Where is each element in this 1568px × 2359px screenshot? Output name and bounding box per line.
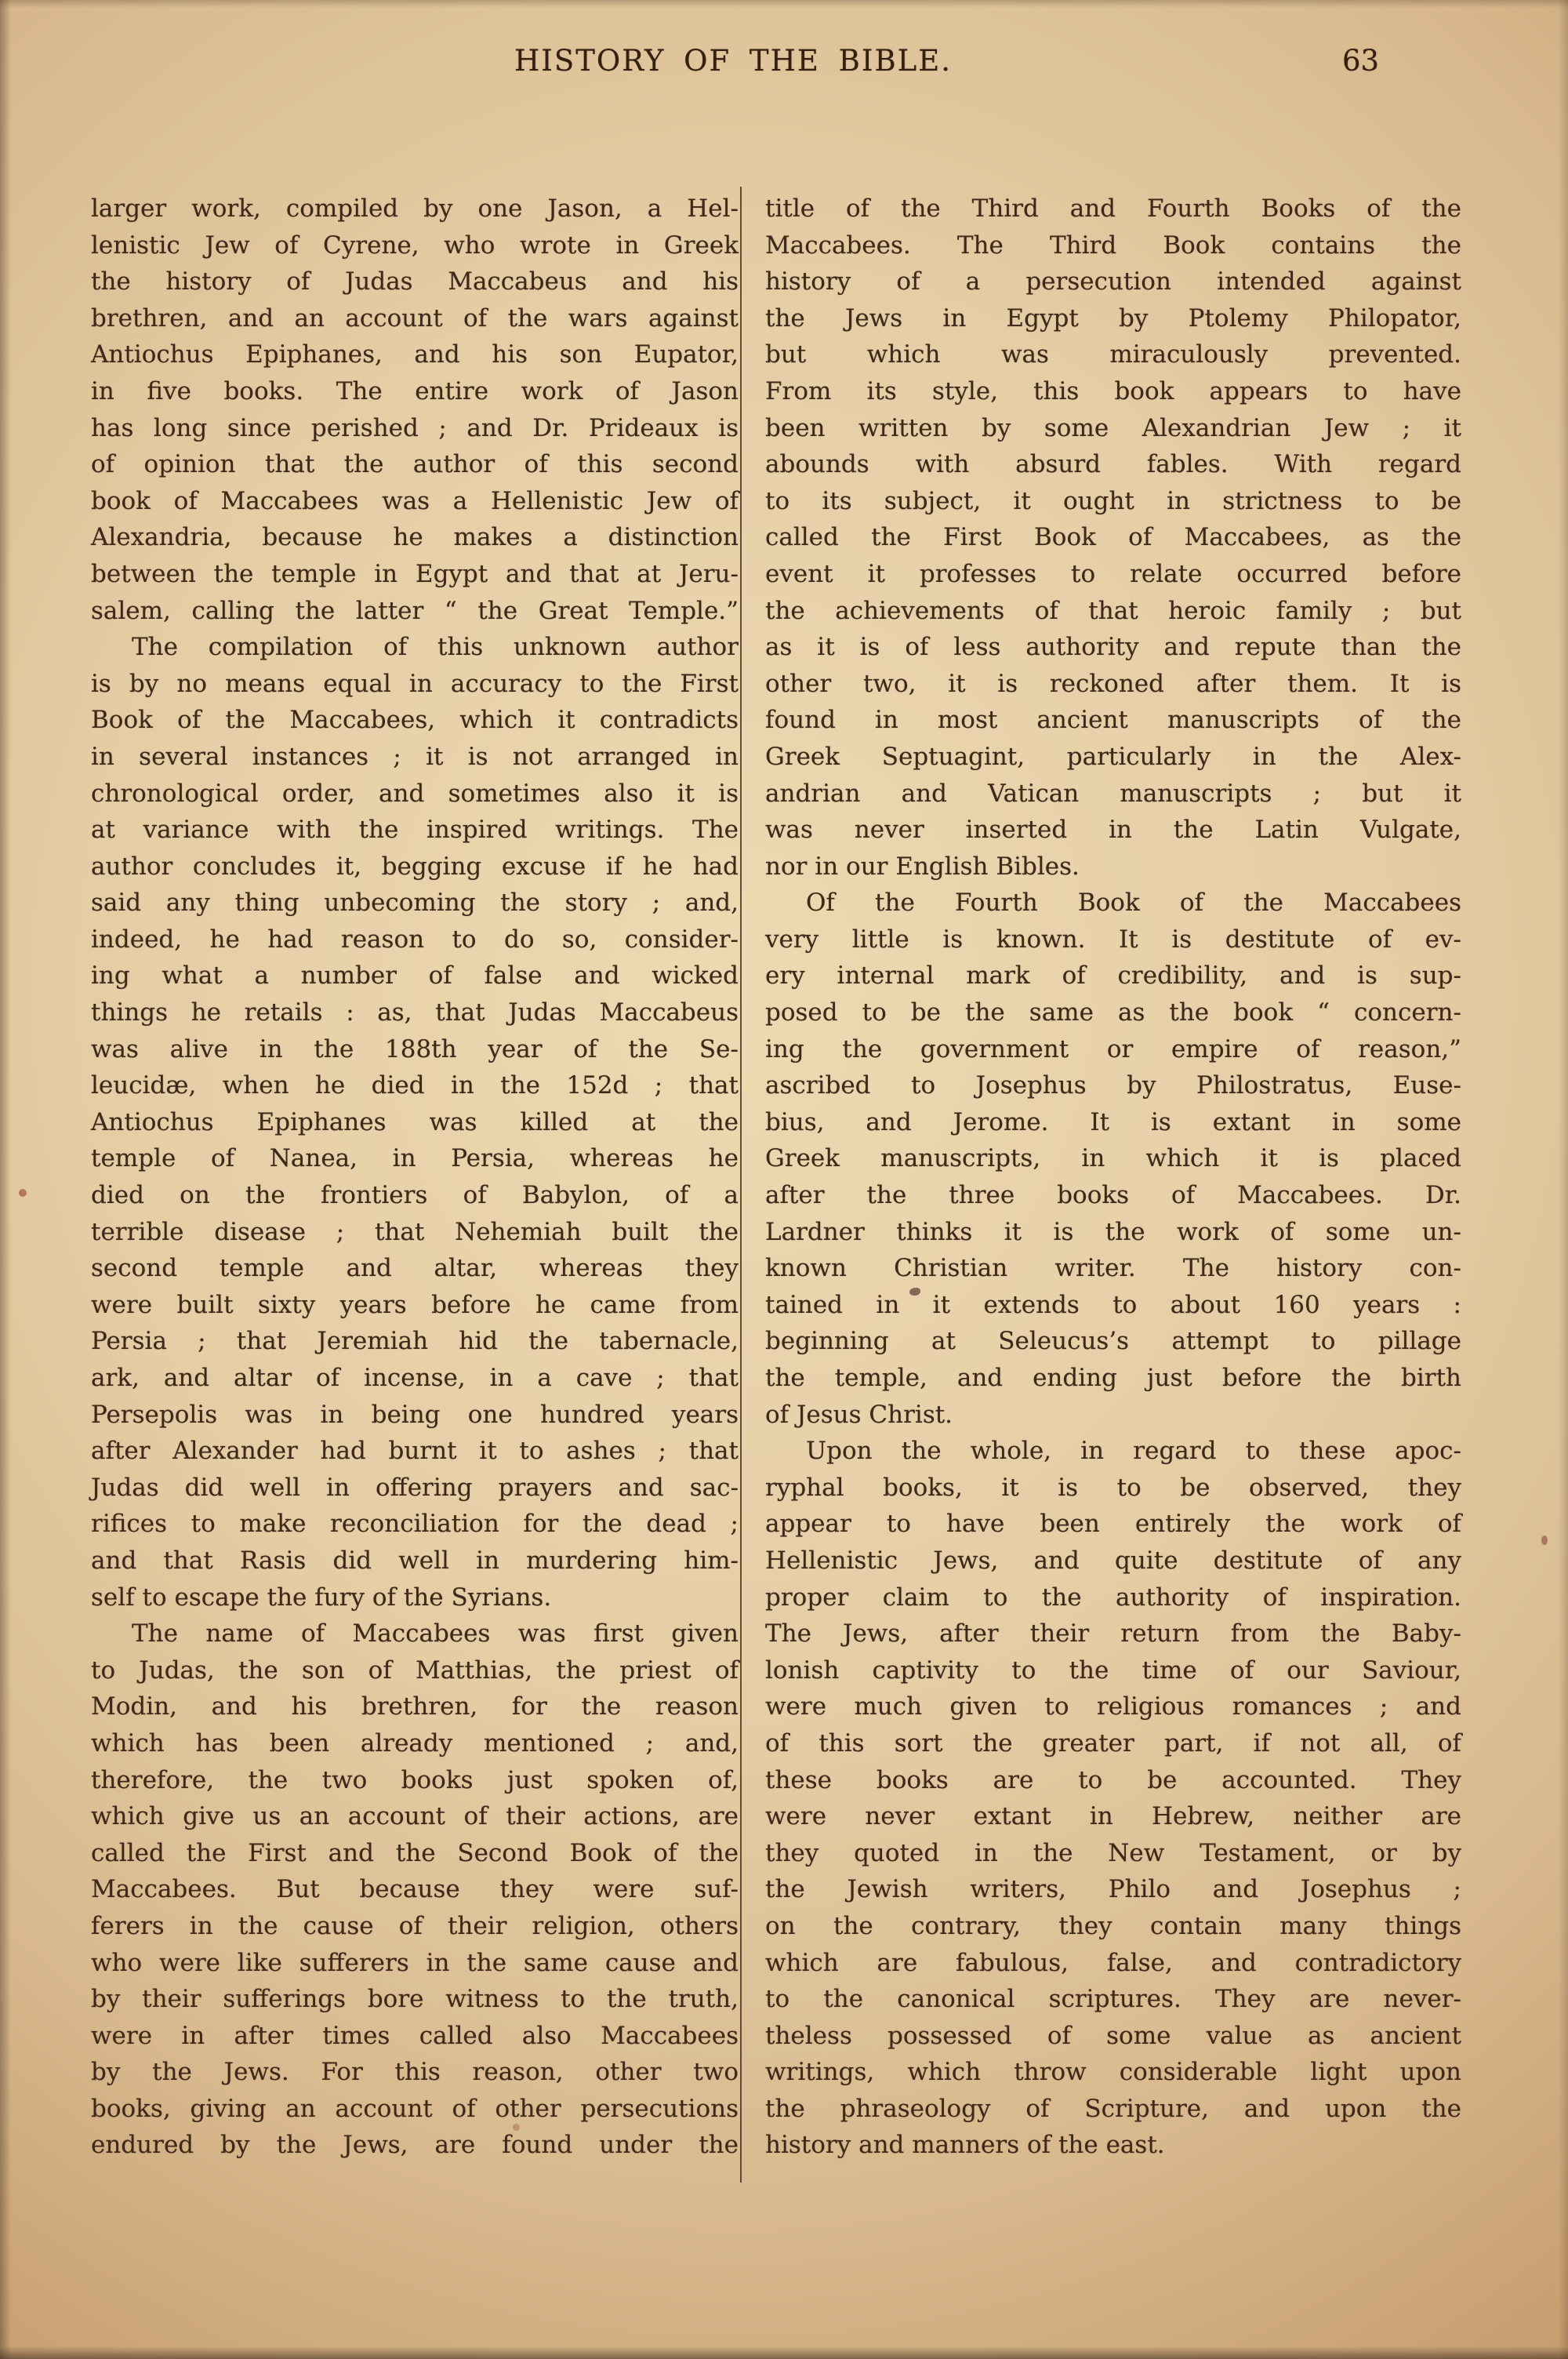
text-line: Antiochus Epiphanes was killed at the <box>91 1104 739 1141</box>
text-line: ark, and altar of incense, in a cave ; t… <box>91 1360 739 1397</box>
stain <box>1541 1536 1548 1545</box>
text-line: the Jews in Egypt by Ptolemy Philopator, <box>765 300 1461 337</box>
text-line: Maccabees. But because they were suf- <box>91 1871 739 1908</box>
column-divider <box>740 187 742 2183</box>
text-line: book of Maccabees was a Hellenistic Jew … <box>91 483 739 520</box>
text-line: the temple, and ending just before the b… <box>765 1360 1461 1397</box>
text-line: of this sort the greater part, if not al… <box>765 1725 1461 1762</box>
text-line: and that Rasis did well in murdering him… <box>91 1543 739 1579</box>
text-line: larger work, compiled by one Jason, a He… <box>91 191 739 227</box>
text-line: who were like sufferers in the same caus… <box>91 1945 739 1982</box>
text-line: salem, calling the latter “ the Great Te… <box>91 593 739 630</box>
text-line: the history of Judas Maccabeus and his <box>91 264 739 300</box>
paragraph: Of the Fourth Book of the Maccabeesvery … <box>765 885 1461 1433</box>
paragraph: title of the Third and Fourth Books of t… <box>765 191 1461 885</box>
text-line: ryphal books, it is to be observed, they <box>765 1470 1461 1507</box>
text-line: ery internal mark of credibility, and is… <box>765 958 1461 994</box>
text-line: in several instances ; it is not arrange… <box>91 739 739 776</box>
text-line: which are fabulous, false, and contradic… <box>765 1945 1461 1982</box>
text-line: leucidæ, when he died in the 152d ; that <box>91 1067 739 1104</box>
text-line: ing what a number of false and wicked <box>91 958 739 994</box>
text-line: tained in it extends to about 160 years … <box>765 1287 1461 1324</box>
text-line: therefore, the two books just spoken of, <box>91 1762 739 1799</box>
text-line: to Judas, the son of Matthias, the pries… <box>91 1652 739 1689</box>
text-line: ing the government or empire of reason,” <box>765 1031 1461 1068</box>
text-line: writings, which throw considerable light… <box>765 2054 1461 2091</box>
text-line: theless possessed of some value as ancie… <box>765 2018 1461 2055</box>
text-line: proper claim to the authority of inspira… <box>765 1579 1461 1616</box>
text-line: Of the Fourth Book of the Maccabees <box>765 885 1461 921</box>
text-line: second temple and altar, whereas they <box>91 1250 739 1287</box>
right-column: title of the Third and Fourth Books of t… <box>765 191 1461 2164</box>
text-line: event it professes to relate occurred be… <box>765 556 1461 593</box>
text-line: Greek manuscripts, in which it is placed <box>765 1140 1461 1177</box>
text-line: on the contrary, they contain many thing… <box>765 1908 1461 1945</box>
text-line: to its subject, it ought in strictness t… <box>765 483 1461 520</box>
text-line: by their sufferings bore witness to the … <box>91 1981 739 2018</box>
text-line: to the canonical scriptures. They are ne… <box>765 1981 1461 2018</box>
text-line: which give us an account of their action… <box>91 1798 739 1835</box>
text-line: been written by some Alexandrian Jew ; i… <box>765 410 1461 447</box>
text-line: they quoted in the New Testament, or by <box>765 1835 1461 1872</box>
text-line: title of the Third and Fourth Books of t… <box>765 191 1461 227</box>
text-line: the phraseology of Scripture, and upon t… <box>765 2091 1461 2128</box>
text-line: Lardner thinks it is the work of some un… <box>765 1214 1461 1251</box>
text-line: Greek Septuagint, particularly in the Al… <box>765 739 1461 776</box>
text-line: in five books. The entire work of Jason <box>91 373 739 410</box>
book-page-scan: HISTORY OF THE BIBLE. 63 larger work, co… <box>0 0 1568 2359</box>
text-line: called the First and the Second Book of … <box>91 1835 739 1872</box>
paragraph: The compilation of this unknown authoris… <box>91 629 739 1616</box>
text-line: were much given to religious romances ; … <box>765 1688 1461 1725</box>
text-line: found in most ancient manuscripts of the <box>765 702 1461 739</box>
text-line: Judas did well in offering prayers and s… <box>91 1470 739 1507</box>
text-line: but which was miraculously prevented. <box>765 336 1461 373</box>
text-line: Persia ; that Jeremiah hid the tabernacl… <box>91 1323 739 1360</box>
text-line: as it is of less authority and repute th… <box>765 629 1461 666</box>
text-line: Hellenistic Jews, and quite destitute of… <box>765 1543 1461 1579</box>
text-line: died on the frontiers of Babylon, of a <box>91 1177 739 1214</box>
paragraph: Upon the whole, in regard to these apoc-… <box>765 1433 1461 2164</box>
text-line: of Jesus Christ. <box>765 1397 1461 1434</box>
text-line: said any thing unbecoming the story ; an… <box>91 885 739 921</box>
text-line: after the three books of Maccabees. Dr. <box>765 1177 1461 1214</box>
text-line: Modin, and his brethren, for the reason <box>91 1688 739 1725</box>
text-line: were built sixty years before he came fr… <box>91 1287 739 1324</box>
text-line: bius, and Jerome. It is extant in some <box>765 1104 1461 1141</box>
text-line: rifices to make reconciliation for the d… <box>91 1506 739 1543</box>
text-line: very little is known. It is destitute of… <box>765 921 1461 958</box>
paragraph: larger work, compiled by one Jason, a He… <box>91 191 739 629</box>
page-number: 63 <box>1342 45 1413 78</box>
text-line: at variance with the inspired writings. … <box>91 812 739 849</box>
text-line: history of a persecution intended agains… <box>765 264 1461 300</box>
text-line: these books are to be accounted. They <box>765 1762 1461 1799</box>
text-line: was never inserted in the Latin Vulgate, <box>765 812 1461 849</box>
text-line: Book of the Maccabees, which it contradi… <box>91 702 739 739</box>
text-line: nor in our English Bibles. <box>765 849 1461 885</box>
text-line: appear to have been entirely the work of <box>765 1506 1461 1543</box>
text-line: other two, it is reckoned after them. It… <box>765 666 1461 703</box>
text-line: From its style, this book appears to hav… <box>765 373 1461 410</box>
text-line: known Christian writer. The history con- <box>765 1250 1461 1287</box>
left-column: larger work, compiled by one Jason, a He… <box>91 191 739 2164</box>
text-line: Maccabees. The Third Book contains the <box>765 227 1461 264</box>
text-line: which has been already mentioned ; and, <box>91 1725 739 1762</box>
text-line: chronological order, and sometimes also … <box>91 776 739 812</box>
text-line: things he retails : as, that Judas Macca… <box>91 994 739 1031</box>
text-line: ferers in the cause of their religion, o… <box>91 1908 739 1945</box>
text-line: beginning at Seleucus’s attempt to pilla… <box>765 1323 1461 1360</box>
text-line: The Jews, after their return from the Ba… <box>765 1616 1461 1652</box>
text-line: the Jewish writers, Philo and Josephus ; <box>765 1871 1461 1908</box>
text-line: were never extant in Hebrew, neither are <box>765 1798 1461 1835</box>
text-line: Antiochus Epiphanes, and his son Eupator… <box>91 336 739 373</box>
text-line: Upon the whole, in regard to these apoc- <box>765 1433 1461 1470</box>
stain <box>19 1189 27 1197</box>
text-line: posed to be the same as the book “ conce… <box>765 994 1461 1031</box>
text-line: were in after times called also Maccabee… <box>91 2018 739 2055</box>
text-line: was alive in the 188th year of the Se- <box>91 1031 739 1068</box>
text-line: called the First Book of Maccabees, as t… <box>765 519 1461 556</box>
text-line: has long since perished ; and Dr. Pridea… <box>91 410 739 447</box>
text-line: Alexandria, because he makes a distincti… <box>91 519 739 556</box>
page-title: HISTORY OF THE BIBLE. <box>0 45 1466 78</box>
text-line: lonish captivity to the time of our Savi… <box>765 1652 1461 1689</box>
text-line: between the temple in Egypt and that at … <box>91 556 739 593</box>
text-line: is by no means equal in accuracy to the … <box>91 666 739 703</box>
text-line: andrian and Vatican manuscripts ; but it <box>765 776 1461 812</box>
text-line: endured by the Jews, are found under the <box>91 2127 739 2164</box>
text-line: ascribed to Josephus by Philostratus, Eu… <box>765 1067 1461 1104</box>
text-line: after Alexander had burnt it to ashes ; … <box>91 1433 739 1470</box>
text-line: by the Jews. For this reason, other two <box>91 2054 739 2091</box>
text-line: the achievements of that heroic family ;… <box>765 593 1461 630</box>
text-line: brethren, and an account of the wars aga… <box>91 300 739 337</box>
text-line: books, giving an account of other persec… <box>91 2091 739 2128</box>
text-line: abounds with absurd fables. With regard <box>765 446 1461 483</box>
text-line: of opinion that the author of this secon… <box>91 446 739 483</box>
text-line: Persepolis was in being one hundred year… <box>91 1397 739 1434</box>
text-line: terrible disease ; that Nehemiah built t… <box>91 1214 739 1251</box>
text-line: The name of Maccabees was first given <box>91 1616 739 1652</box>
text-line: temple of Nanea, in Persia, whereas he <box>91 1140 739 1177</box>
text-line: self to escape the fury of the Syrians. <box>91 1579 739 1616</box>
text-line: author concludes it, begging excuse if h… <box>91 849 739 885</box>
text-line: lenistic Jew of Cyrene, who wrote in Gre… <box>91 227 739 264</box>
text-line: history and manners of the east. <box>765 2127 1461 2164</box>
paragraph: The name of Maccabees was first givento … <box>91 1616 739 2164</box>
text-line: indeed, he had reason to do so, consider… <box>91 921 739 958</box>
text-line: The compilation of this unknown author <box>91 629 739 666</box>
